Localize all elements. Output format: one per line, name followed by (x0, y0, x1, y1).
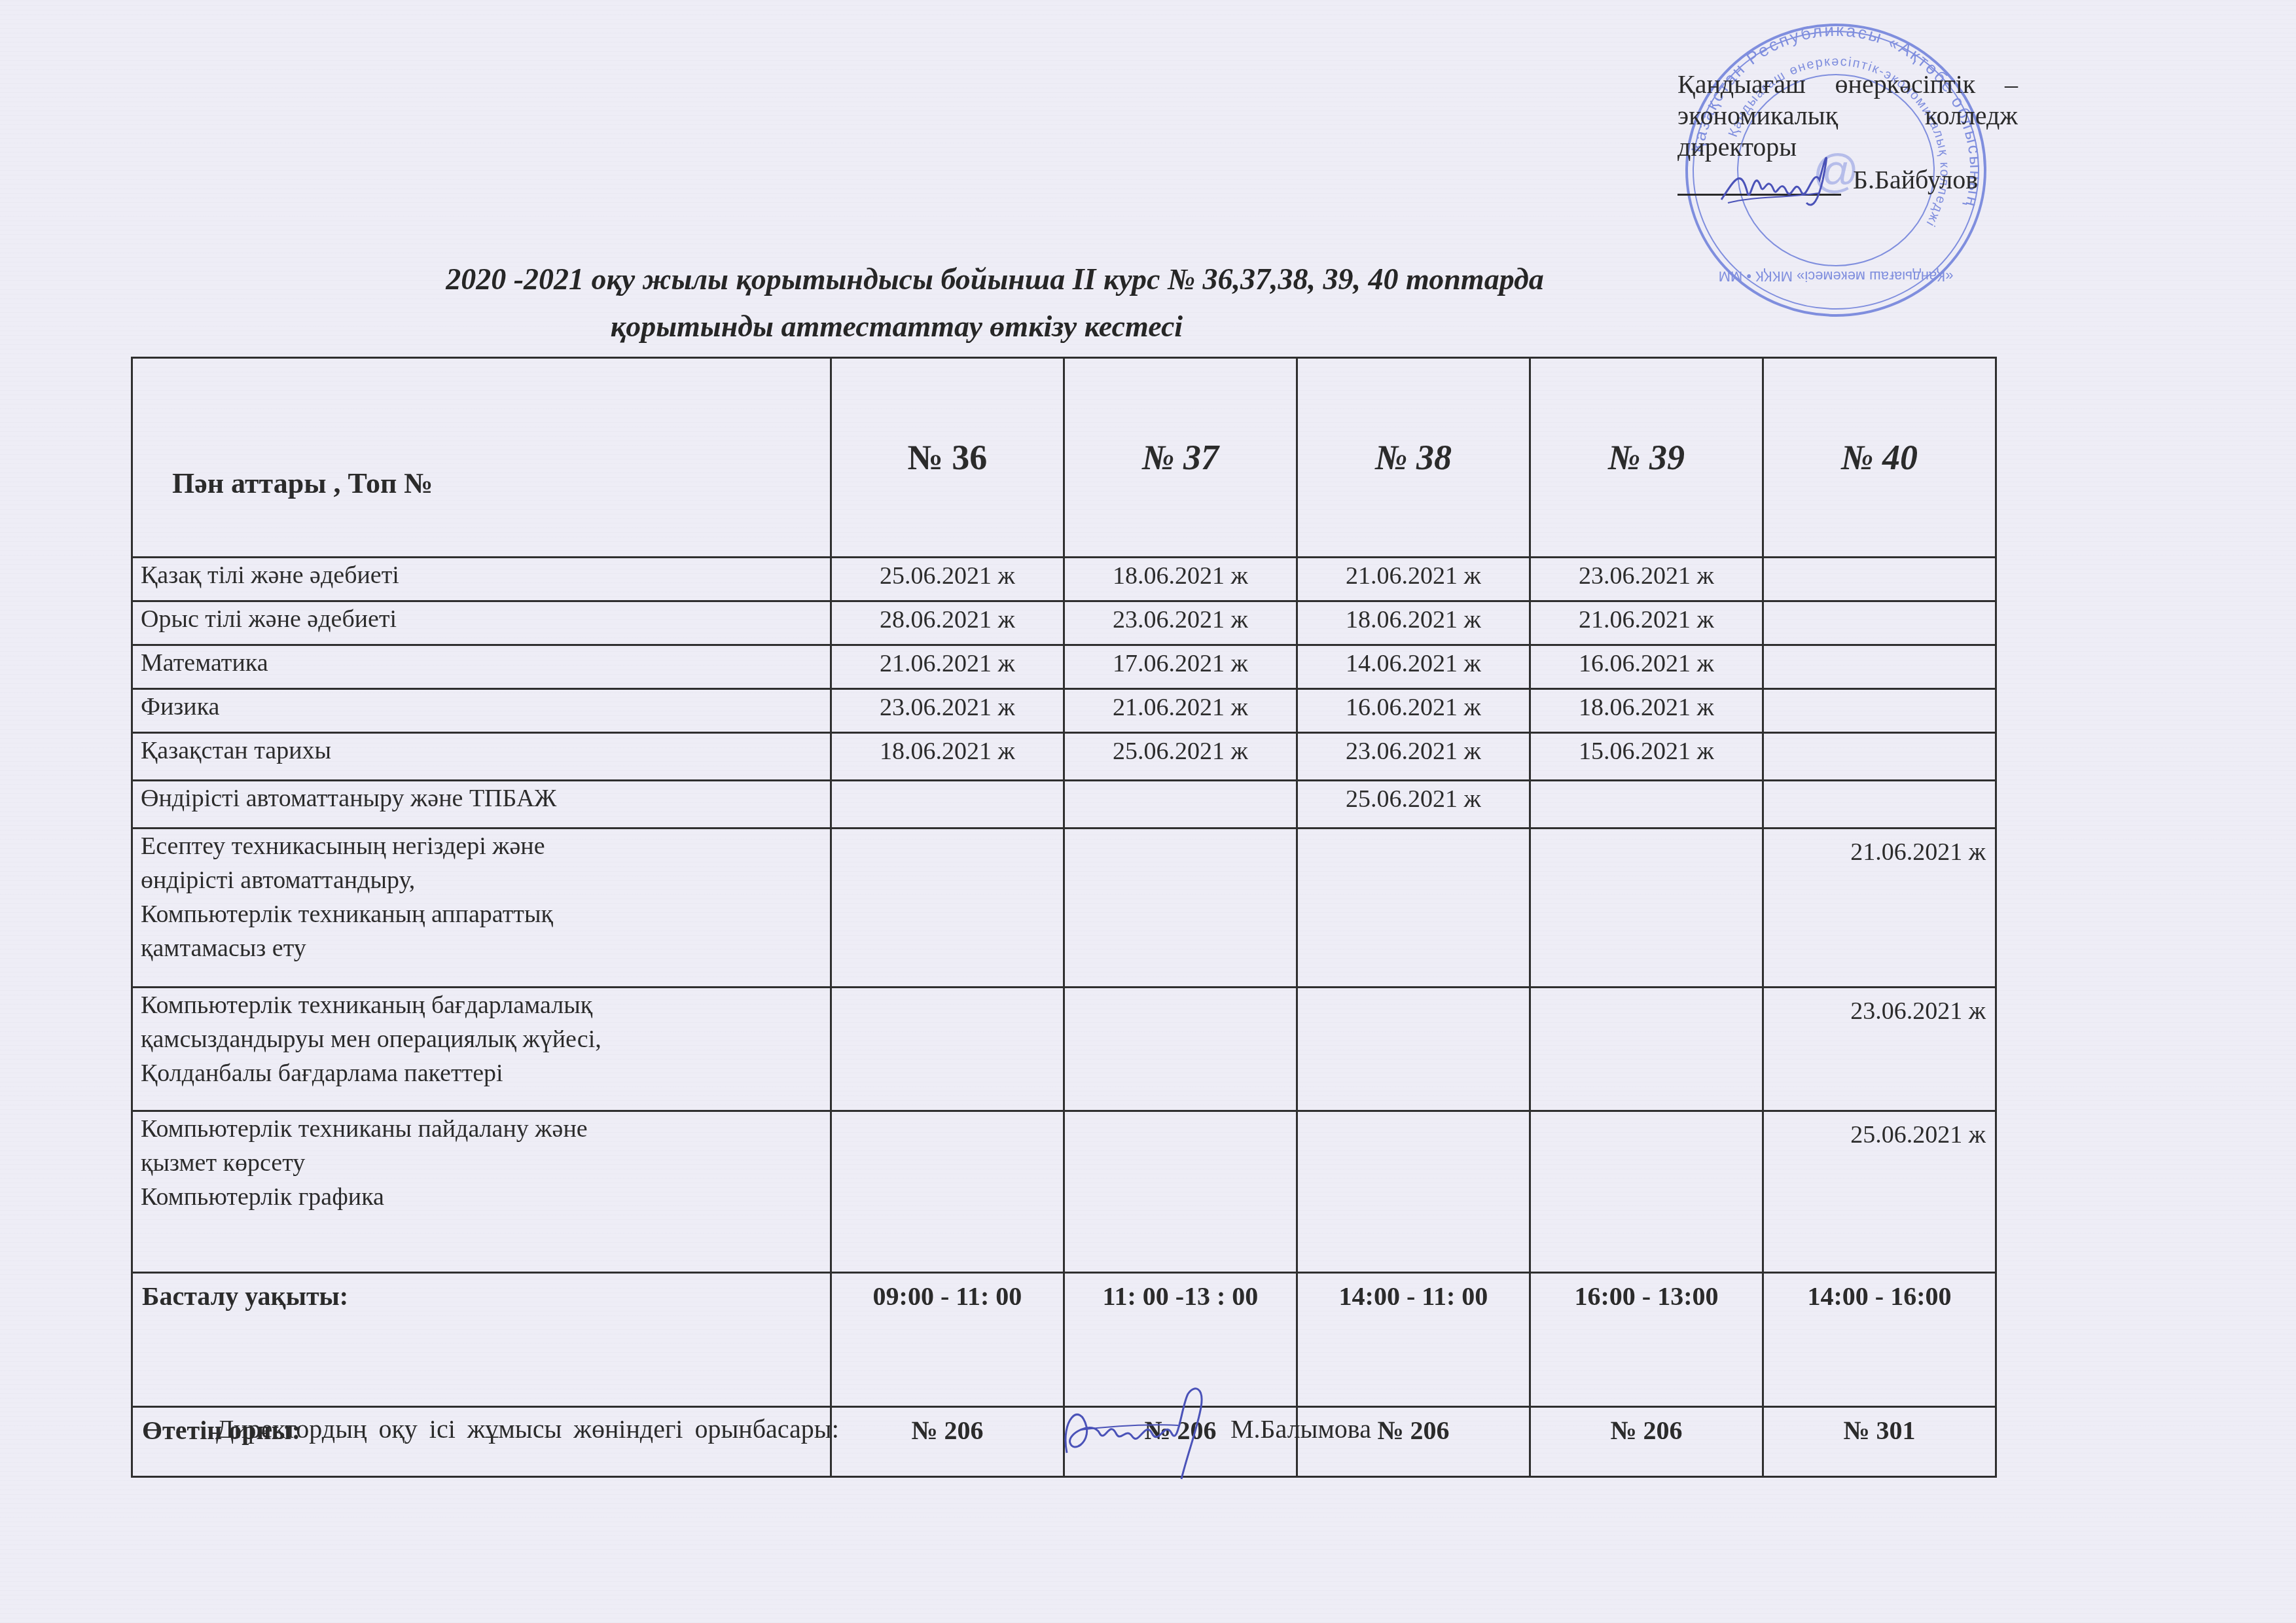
subject-cell: Компьютерлік техниканың бағдарламалыққам… (132, 988, 831, 1111)
date-cell (831, 1111, 1064, 1273)
date-cell: 23.06.2021 ж (831, 689, 1064, 733)
document-title-line-2: қорытынды аттестаттау өткізу кестесі (275, 309, 1518, 344)
approval-line-1: Қандыағаш өнеркәсіптік – (1677, 69, 2018, 100)
table-row: Компьютерлік техниканы пайдалану жәнеқыз… (132, 1111, 1996, 1273)
date-cell: 14.06.2021 ж (1297, 645, 1530, 689)
subject-cell: Қазақ тілі және әдебиеті (132, 558, 831, 601)
subject-line: Қазақ тілі және әдебиеті (141, 558, 823, 592)
date-cell: 25.06.2021 ж (831, 558, 1064, 601)
subject-line: Қазақстан тарихы (141, 734, 823, 768)
date-cell (1530, 781, 1763, 829)
start-time-37: 11: 00 -13 : 00 (1064, 1273, 1297, 1407)
date-cell (1530, 1111, 1763, 1273)
date-cell: 15.06.2021 ж (1530, 733, 1763, 781)
subject-cell: Орыс тілі және әдебиеті (132, 601, 831, 645)
start-time-row: Басталу уақыты: 09:00 - 11: 00 11: 00 -1… (132, 1273, 1996, 1407)
director-name: Б.Байбулов (1853, 164, 1978, 196)
date-cell (1763, 558, 1996, 601)
table-row: Есептеу техникасының негіздері жәнеөндір… (132, 829, 1996, 988)
location-36: № 206 (831, 1407, 1064, 1477)
subject-line: Физика (141, 690, 823, 724)
date-cell: 28.06.2021 ж (831, 601, 1064, 645)
footer-signature-line: Директордың оқу ісі жұмысы жөніндегі оры… (216, 1414, 839, 1444)
subject-line: Орыс тілі және әдебиеті (141, 602, 823, 636)
attestation-schedule-table: Пән аттары , Топ № № 36 № 37 № 38 № 39 №… (131, 357, 1997, 1478)
table-row: Орыс тілі және әдебиеті28.06.2021 ж23.06… (132, 601, 1996, 645)
date-cell (1064, 781, 1297, 829)
subject-line: Өндірісті автоматтаныру және ТПБАЖ (141, 781, 823, 815)
approval-line-3: директоры (1677, 132, 2018, 163)
subject-line: Есептеу техникасының негіздері және (141, 829, 823, 863)
header-group-40: № 40 (1763, 358, 1996, 558)
subject-line: қамсыздандыруы мен операциялық жүйесі, (141, 1022, 823, 1056)
date-cell (1530, 829, 1763, 988)
date-cell: 25.06.2021 ж (1763, 1111, 1996, 1273)
deputy-name: М.Балымова (1230, 1414, 1371, 1444)
subject-line: қызмет көрсету (141, 1146, 823, 1180)
date-cell (1763, 781, 1996, 829)
date-cell: 23.06.2021 ж (1297, 733, 1530, 781)
date-cell (1064, 988, 1297, 1111)
date-cell (1297, 1111, 1530, 1273)
table-header-row: Пән аттары , Топ № № 36 № 37 № 38 № 39 №… (132, 358, 1996, 558)
subject-cell: Физика (132, 689, 831, 733)
subject-cell: Өндірісті автоматтаныру және ТПБАЖ (132, 781, 831, 829)
date-cell (1763, 733, 1996, 781)
document-title-line-1: 2020 -2021 оқу жылы қорытындысы бойынша … (216, 262, 1774, 296)
date-cell: 25.06.2021 ж (1064, 733, 1297, 781)
date-cell (831, 829, 1064, 988)
start-time-40: 14:00 - 16:00 (1763, 1273, 1996, 1407)
date-cell: 16.06.2021 ж (1297, 689, 1530, 733)
table-row: Математика21.06.2021 ж17.06.2021 ж14.06.… (132, 645, 1996, 689)
date-cell (1297, 988, 1530, 1111)
date-cell: 18.06.2021 ж (1530, 689, 1763, 733)
date-cell (1763, 689, 1996, 733)
date-cell (1064, 829, 1297, 988)
header-group-39: № 39 (1530, 358, 1763, 558)
subject-cell: Есептеу техникасының негіздері жәнеөндір… (132, 829, 831, 988)
table-row: Қазақстан тарихы18.06.2021 ж25.06.2021 ж… (132, 733, 1996, 781)
start-time-38: 14:00 - 11: 00 (1297, 1273, 1530, 1407)
date-cell: 21.06.2021 ж (1064, 689, 1297, 733)
date-cell (831, 988, 1064, 1111)
subject-cell: Компьютерлік техниканы пайдалану жәнеқыз… (132, 1111, 831, 1273)
approval-line-2: экономикалық колледж (1677, 100, 2018, 132)
date-cell: 18.06.2021 ж (1297, 601, 1530, 645)
header-group-37: № 37 (1064, 358, 1297, 558)
date-cell: 21.06.2021 ж (1763, 829, 1996, 988)
subject-line: Компьютерлік техниканы пайдалану және (141, 1112, 823, 1146)
date-cell (1064, 1111, 1297, 1273)
table-row: Қазақ тілі және әдебиеті25.06.2021 ж18.0… (132, 558, 1996, 601)
start-time-label: Басталу уақыты: (132, 1273, 831, 1407)
date-cell: 23.06.2021 ж (1064, 601, 1297, 645)
date-cell (1297, 829, 1530, 988)
date-cell (1763, 601, 1996, 645)
table-row: Компьютерлік техниканың бағдарламалыққам… (132, 988, 1996, 1111)
subject-line: қамтамасыз ету (141, 931, 823, 965)
subject-cell: Қазақстан тарихы (132, 733, 831, 781)
subject-cell: Математика (132, 645, 831, 689)
subject-line: Компьютерлік техниканың аппараттық (141, 897, 823, 931)
date-cell: 18.06.2021 ж (1064, 558, 1297, 601)
location-39: № 206 (1530, 1407, 1763, 1477)
date-cell: 25.06.2021 ж (1297, 781, 1530, 829)
subject-line: Қолданбалы бағдарлама пакеттері (141, 1056, 823, 1090)
start-time-39: 16:00 - 13:00 (1530, 1273, 1763, 1407)
header-group-36: № 36 (831, 358, 1064, 558)
subject-line: Математика (141, 646, 823, 680)
date-cell (1763, 645, 1996, 689)
date-cell: 21.06.2021 ж (1530, 601, 1763, 645)
location-40: № 301 (1763, 1407, 1996, 1477)
signature-line (1677, 168, 1841, 196)
date-cell: 21.06.2021 ж (1297, 558, 1530, 601)
deputy-position: Директордың оқу ісі жұмысы жөніндегі оры… (216, 1414, 839, 1444)
date-cell (1530, 988, 1763, 1111)
subject-line: Компьютерлік техниканың бағдарламалық (141, 988, 823, 1022)
table-row: Өндірісті автоматтаныру және ТПБАЖ25.06.… (132, 781, 1996, 829)
subject-line: Компьютерлік графика (141, 1180, 823, 1214)
table-row: Физика23.06.2021 ж21.06.2021 ж16.06.2021… (132, 689, 1996, 733)
date-cell (831, 781, 1064, 829)
date-cell: 23.06.2021 ж (1530, 558, 1763, 601)
date-cell: 16.06.2021 ж (1530, 645, 1763, 689)
table-body: Қазақ тілі және әдебиеті25.06.2021 ж18.0… (132, 558, 1996, 1273)
subject-line: өндірісті автоматтандыру, (141, 863, 823, 897)
date-cell: 18.06.2021 ж (831, 733, 1064, 781)
header-group-38: № 38 (1297, 358, 1530, 558)
header-subject-label: Пән аттары , Топ № (132, 358, 831, 558)
date-cell: 21.06.2021 ж (831, 645, 1064, 689)
date-cell: 23.06.2021 ж (1763, 988, 1996, 1111)
approval-block: Қандыағаш өнеркәсіптік – экономикалық ко… (1677, 69, 2018, 196)
start-time-36: 09:00 - 11: 00 (831, 1273, 1064, 1407)
date-cell: 17.06.2021 ж (1064, 645, 1297, 689)
